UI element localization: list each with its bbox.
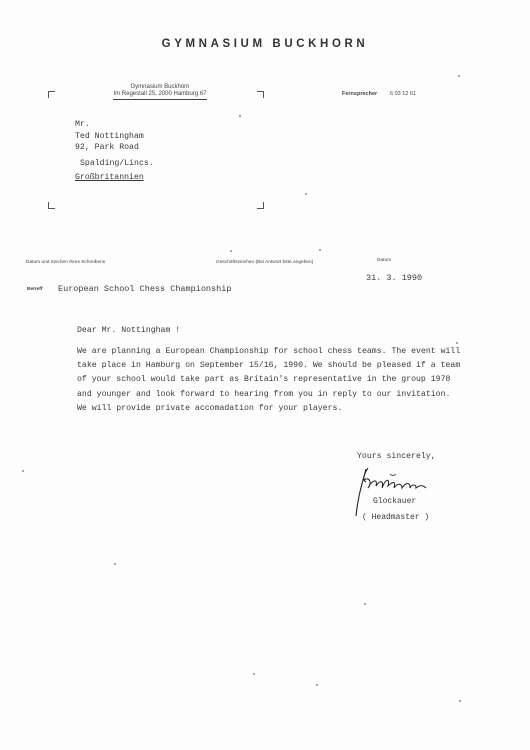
signer-title: ( Headmaster ) [362, 513, 429, 522]
address-window-corner-bottom-right [257, 202, 264, 209]
letter-date: 31. 3. 1990 [366, 273, 422, 283]
sender-name: Gymnasium Buckhorn [90, 84, 230, 91]
phone-label: Fernsprecher [342, 91, 377, 97]
sender-address: Im Regestall 25, 2000 Hamburg 67 [113, 91, 206, 100]
subject-line: European School Chess Championship [58, 284, 231, 294]
recipient-country: Großbritannien [75, 172, 154, 184]
date-label: Datum [377, 258, 391, 263]
greeting: Dear Mr. Nottingham ! [77, 326, 180, 335]
our-reference-label: Geschäftszeichen (Bei Antwort bitte ange… [216, 260, 313, 265]
your-reference-label: Datum und Zeichen Ihres Schreibens [26, 260, 105, 265]
address-window-corner-bottom-left [48, 202, 55, 209]
subject-label: Betreff [27, 287, 42, 292]
letter-body: We are planning a European Championship … [77, 345, 460, 416]
signer-name: Glockauer [373, 497, 416, 506]
closing: Yours sincerely, [357, 452, 436, 461]
letter-page: GYMNASIUM BUCKHORN Gymnasium Buckhorn Im… [0, 0, 530, 750]
body-line: and younger and look forward to hearing … [77, 388, 460, 402]
recipient-city: Spalding/Lincs. [80, 158, 154, 170]
address-window-corner-top-right [257, 91, 264, 98]
body-line: We will provide private accomadation for… [77, 402, 460, 416]
letterhead-title: GYMNASIUM BUCKHORN [0, 38, 530, 50]
body-line: take place in Hamburg on September 15/16… [77, 359, 460, 373]
body-line: of your school would take part as Britai… [77, 373, 460, 387]
phone-number: 6 03 12 61 [390, 91, 416, 97]
sender-return-address: Gymnasium Buckhorn Im Regestall 25, 2000… [90, 84, 230, 100]
recipient-name: Ted Nottingham [75, 131, 154, 143]
recipient-address: Mr. Ted Nottingham 92, Park Road Spaldin… [75, 119, 154, 184]
recipient-street: 92, Park Road [75, 142, 154, 154]
address-window-corner-top-left [48, 91, 55, 98]
recipient-salutation: Mr. [75, 119, 154, 131]
body-line: We are planning a European Championship … [77, 345, 460, 359]
